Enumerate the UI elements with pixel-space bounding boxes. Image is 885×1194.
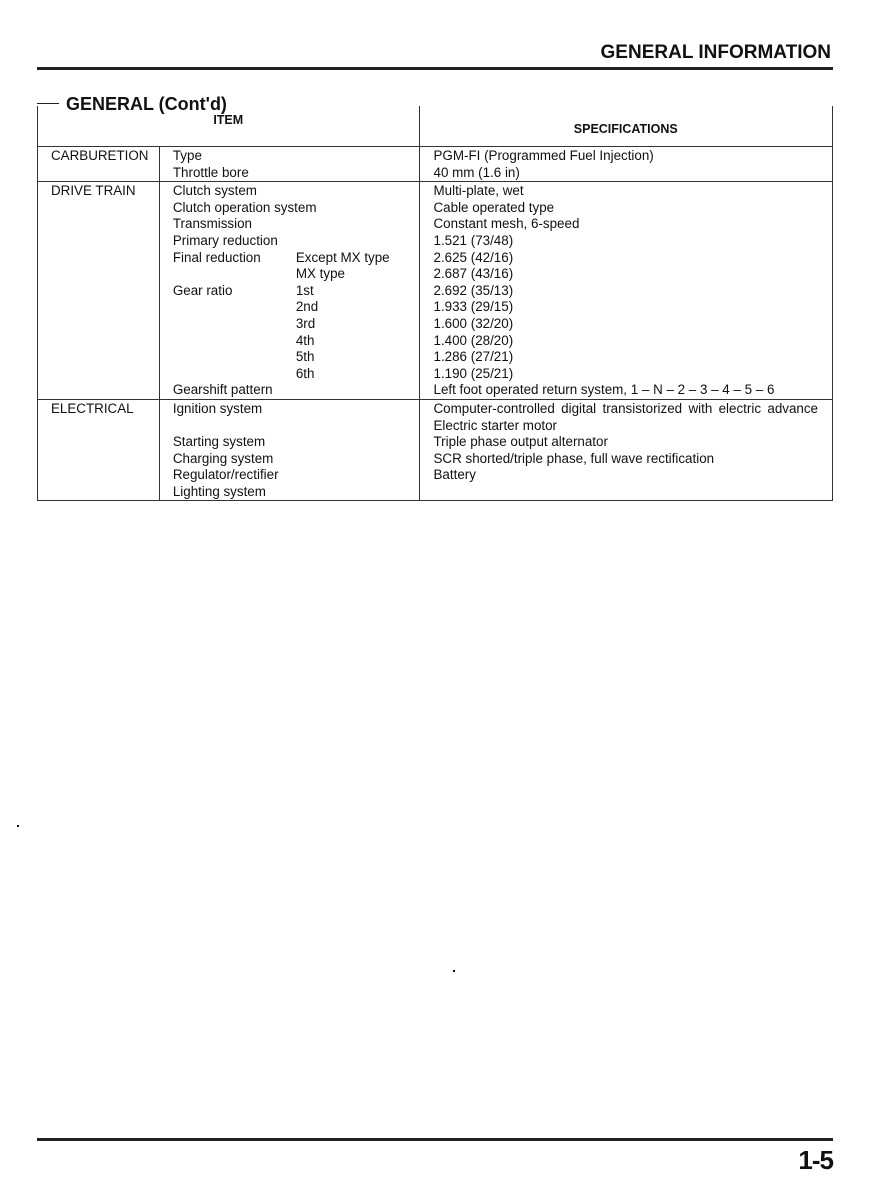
spec-value: Constant mesh, 6-speed <box>434 216 819 233</box>
item-sublabel: 3rd <box>296 316 315 333</box>
item-label: Throttle bore <box>173 165 296 182</box>
table-body: CARBURETIONTypeThrottle borePGM-FI (Prog… <box>38 147 833 501</box>
item-cell: Ignition systemStarting systemCharging s… <box>159 399 419 501</box>
item-label: Clutch operation system <box>173 200 296 217</box>
item-line: 6th <box>173 366 419 383</box>
table-row: CARBURETIONTypeThrottle borePGM-FI (Prog… <box>38 147 833 182</box>
item-label <box>173 333 296 350</box>
item-label: Gearshift pattern <box>173 382 296 399</box>
item-line: Clutch operation system <box>173 200 419 217</box>
section-heading: GENERAL (Cont'd) <box>37 93 833 107</box>
section-heading-dash <box>37 103 59 104</box>
item-label: Gear ratio <box>173 283 296 300</box>
item-label: Primary reduction <box>173 233 296 250</box>
spec-value: Battery <box>434 467 819 484</box>
item-line: Ignition system <box>173 401 419 418</box>
item-sublabel: 5th <box>296 349 315 366</box>
spec-value: SCR shorted/triple phase, full wave rect… <box>434 451 819 468</box>
column-header-specifications-label: SPECIFICATIONS <box>574 122 678 136</box>
item-sublabel: 4th <box>296 333 315 350</box>
item-label: Clutch system <box>173 183 296 200</box>
item-label <box>173 316 296 333</box>
footer-rule <box>37 1138 833 1141</box>
spec-cell: Computer-controlled digital transistoriz… <box>419 399 833 501</box>
spec-value: Left foot operated return system, 1 – N … <box>434 382 819 399</box>
header-rule <box>37 67 833 70</box>
item-label: Charging system <box>173 451 296 468</box>
item-cell: Clutch systemClutch operation systemTran… <box>159 182 419 400</box>
item-label <box>173 266 296 283</box>
item-sublabel: MX type <box>296 266 345 283</box>
item-line: Type <box>173 148 419 165</box>
column-header-item-label: ITEM <box>213 113 243 127</box>
item-label <box>173 366 296 383</box>
item-label: Starting system <box>173 434 296 451</box>
spec-value: Triple phase output alternator <box>434 434 819 451</box>
table-header-row: ITEM SPECIFICATIONS <box>38 106 833 147</box>
table-row: ELECTRICALIgnition systemStarting system… <box>38 399 833 501</box>
specifications-table: ITEM SPECIFICATIONS CARBURETIONTypeThrot… <box>37 106 833 501</box>
item-line: Final reductionExcept MX type <box>173 250 419 267</box>
category-label: ELECTRICAL <box>51 401 159 418</box>
spec-value: Multi-plate, wet <box>434 183 819 200</box>
spec-value: 2.692 (35/13) <box>434 283 819 300</box>
page-number: 1-5 <box>798 1145 833 1176</box>
item-line: 5th <box>173 349 419 366</box>
page-header-title: GENERAL INFORMATION <box>601 42 831 64</box>
scan-speck <box>453 970 455 972</box>
spec-value: 1.521 (73/48) <box>434 233 819 250</box>
item-line: 3rd <box>173 316 419 333</box>
item-label: Regulator/rectifier <box>173 467 296 484</box>
item-sublabel: Except MX type <box>296 250 390 267</box>
item-line: Gearshift pattern <box>173 382 419 399</box>
spec-cell: PGM-FI (Programmed Fuel Injection)40 mm … <box>419 147 833 182</box>
category-cell: CARBURETION <box>38 147 160 182</box>
table-row: DRIVE TRAINClutch systemClutch operation… <box>38 182 833 400</box>
spec-value: Electric starter motor <box>434 418 819 435</box>
item-line: MX type <box>173 266 419 283</box>
item-label <box>173 349 296 366</box>
category-cell: ELECTRICAL <box>38 399 160 501</box>
item-label: Transmission <box>173 216 296 233</box>
item-line: Gear ratio1st <box>173 283 419 300</box>
item-line: Primary reduction <box>173 233 419 250</box>
item-line: Charging system <box>173 451 419 468</box>
item-line: 4th <box>173 333 419 350</box>
item-sublabel: 6th <box>296 366 315 383</box>
scan-speck <box>17 825 19 827</box>
item-label <box>173 299 296 316</box>
item-label: Final reduction <box>173 250 296 267</box>
category-label: CARBURETION <box>51 148 159 165</box>
column-header-item: ITEM <box>38 106 420 147</box>
item-label: Type <box>173 148 296 165</box>
item-line: Starting system <box>173 434 419 451</box>
spec-value: PGM-FI (Programmed Fuel Injection) <box>434 148 819 165</box>
item-label: Ignition system <box>173 401 296 418</box>
column-header-specifications: SPECIFICATIONS <box>419 106 833 147</box>
category-cell: DRIVE TRAIN <box>38 182 160 400</box>
spec-value: 2.687 (43/16) <box>434 266 819 283</box>
item-sublabel: 1st <box>296 283 314 300</box>
spec-value: 1.400 (28/20) <box>434 333 819 350</box>
item-line: Clutch system <box>173 183 419 200</box>
item-line: Lighting system <box>173 484 419 501</box>
spec-value: 1.286 (27/21) <box>434 349 819 366</box>
spec-value: 1.600 (32/20) <box>434 316 819 333</box>
spec-value: 2.625 (42/16) <box>434 250 819 267</box>
item-sublabel: 2nd <box>296 299 318 316</box>
item-line: Throttle bore <box>173 165 419 182</box>
item-label: Lighting system <box>173 484 296 501</box>
item-line: Regulator/rectifier <box>173 467 419 484</box>
item-cell: TypeThrottle bore <box>159 147 419 182</box>
spec-cell: Multi-plate, wetCable operated typeConst… <box>419 182 833 400</box>
item-line: Transmission <box>173 216 419 233</box>
spec-value: Cable operated type <box>434 200 819 217</box>
item-line: 2nd <box>173 299 419 316</box>
item-spacer <box>173 418 419 435</box>
spec-value: 40 mm (1.6 in) <box>434 165 819 182</box>
spec-value: 1.190 (25/21) <box>434 366 819 383</box>
spec-value: Computer-controlled digital transistoriz… <box>434 401 819 418</box>
spec-value: 1.933 (29/15) <box>434 299 819 316</box>
category-label: DRIVE TRAIN <box>51 183 159 200</box>
